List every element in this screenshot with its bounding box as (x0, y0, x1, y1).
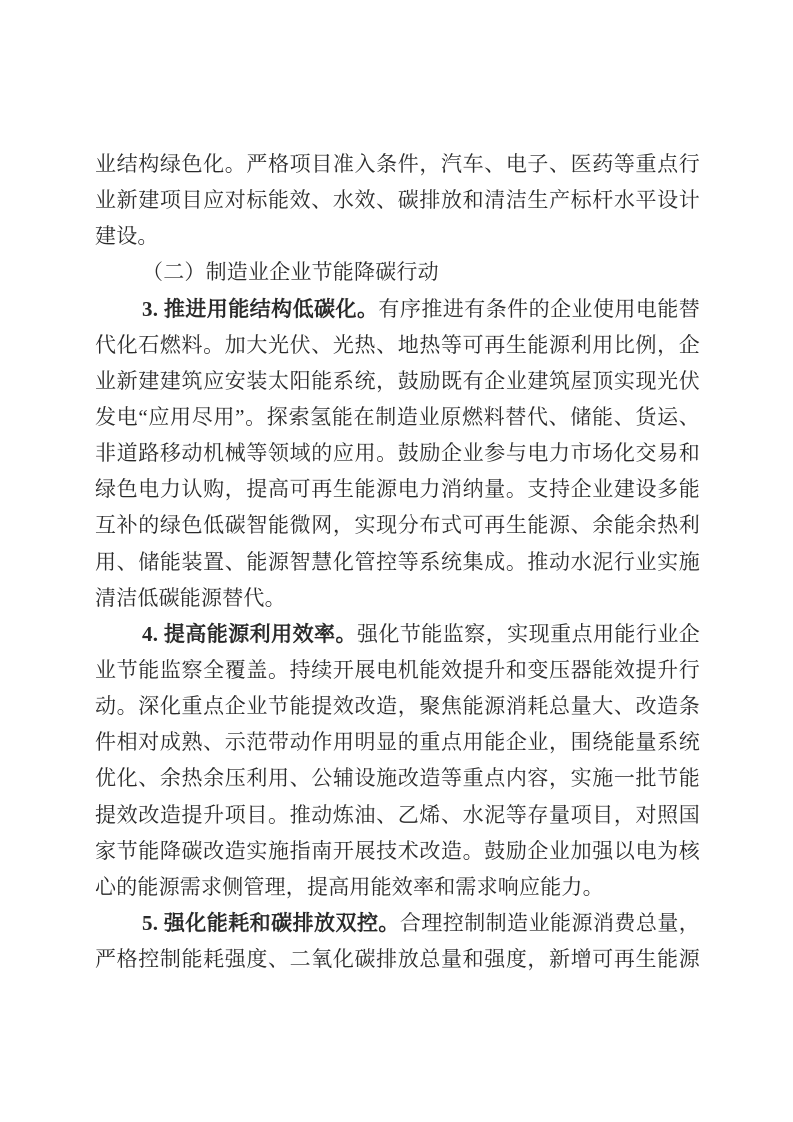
body-line: 互补的绿色低碳智能微网，实现分布式可再生能源、余能余热利 (95, 507, 700, 543)
body-line: 业结构绿色化。严格项目准入条件，汽车、电子、医药等重点行 (95, 146, 700, 182)
paragraph-end-line: 建设。 (95, 218, 700, 254)
paragraph-end-line: 心的能源需求侧管理，提高用能效率和需求响应能力。 (95, 869, 700, 905)
paragraph-title: 3. 推进用能结构低碳化。 (142, 297, 378, 321)
body-line: 业新建建筑应安装太阳能系统，鼓励既有企业建筑屋顶实现光伏 (95, 363, 700, 399)
document-page: 业结构绿色化。严格项目准入条件，汽车、电子、医药等重点行 业新建项目应对标能效、… (0, 0, 793, 1122)
paragraph-text: 强化节能监察，实现重点用能行业企 (357, 622, 700, 646)
paragraph-lead-line: 4. 提高能源利用效率。强化节能监察，实现重点用能行业企 (95, 616, 700, 652)
body-line: 业新建项目应对标能效、水效、碳排放和清洁生产标杆水平设计 (95, 182, 700, 218)
body-line: 代化石燃料。加大光伏、光热、地热等可再生能源利用比例，企 (95, 327, 700, 363)
paragraph-text: 有序推进有条件的企业使用电能替 (378, 297, 700, 321)
body-line: 家节能降碳改造实施指南开展技术改造。鼓励企业加强以电为核 (95, 833, 700, 869)
paragraph-lead-line: 3. 推进用能结构低碳化。有序推进有条件的企业使用电能替 (95, 291, 700, 327)
body-line: 绿色电力认购，提高可再生能源电力消纳量。支持企业建设多能 (95, 471, 700, 507)
body-line: 业节能监察全覆盖。持续开展电机能效提升和变压器能效提升行 (95, 652, 700, 688)
body-line: 优化、余热余压利用、公辅设施改造等重点内容，实施一批节能 (95, 760, 700, 796)
body-line: 件相对成熟、示范带动作用明显的重点用能企业，围绕能量系统 (95, 724, 700, 760)
body-line: 动。深化重点企业节能提效改造，聚焦能源消耗总量大、改造条 (95, 688, 700, 724)
body-line: 提效改造提升项目。推动炼油、乙烯、水泥等存量项目，对照国 (95, 797, 700, 833)
paragraph-title: 4. 提高能源利用效率。 (142, 622, 357, 646)
body-line: 用、储能装置、能源智慧化管控等系统集成。推动水泥行业实施 (95, 544, 700, 580)
paragraph-text: 合理控制制造业能源消费总量， (400, 911, 700, 935)
paragraph-end-line: 清洁低碳能源替代。 (95, 580, 700, 616)
paragraph-lead-line: 5. 强化能耗和碳排放双控。合理控制制造业能源消费总量， (95, 905, 700, 941)
body-line: 非道路移动机械等领域的应用。鼓励企业参与电力市场化交易和 (95, 435, 700, 471)
section-heading: （二）制造业企业节能降碳行动 (95, 254, 700, 290)
body-line: 发电“应用尽用”。探索氢能在制造业原燃料替代、储能、货运、 (95, 399, 700, 435)
paragraph-title: 5. 强化能耗和碳排放双控。 (142, 911, 400, 935)
text-block: 业结构绿色化。严格项目准入条件，汽车、电子、医药等重点行 业新建项目应对标能效、… (95, 146, 700, 977)
body-line: 严格控制能耗强度、二氧化碳排放总量和强度，新增可再生能源 (95, 941, 700, 977)
